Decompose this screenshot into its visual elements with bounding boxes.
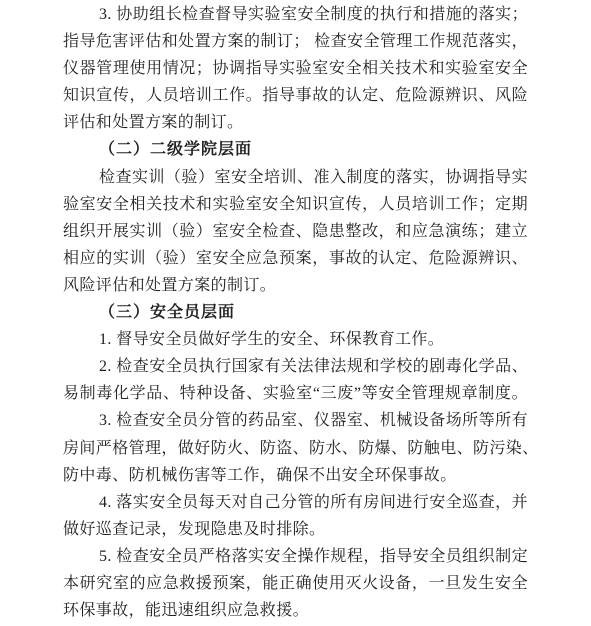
paragraph-line: 做好巡查记录，发现隐患及时排除。 xyxy=(63,516,528,543)
paragraph-line: 知识宣传，人员培训工作。指导事故的认定、危险源辨识、风险 xyxy=(63,82,528,109)
paragraph-line: 仪器管理使用情况；协调指导实验室安全相关技术和实验室安全 xyxy=(63,55,528,82)
paragraph-line: 本研究室的应急救援预案，能正确使用灭火设备，一旦发生安全 xyxy=(63,570,528,597)
paragraph-line: 组织开展实训（验）室安全检查、隐患整改，和应急演练；建立 xyxy=(63,218,528,245)
document-page: 3. 协助组长检查督导实验室安全制度的执行和措施的落实； 指导危害评估和处置方案… xyxy=(0,0,591,626)
paragraph-line: 相应的实训（验）室安全应急预案，事故的认定、危险源辨识、 xyxy=(63,245,528,272)
paragraph-line: 检查实训（验）室安全培训、准入制度的落实，协调指导实 xyxy=(63,164,528,191)
paragraph-line: 易制毒化学品、特种设备、实验室“三废”等安全管理规章制度。 xyxy=(63,380,528,407)
paragraph-line: 4. 落实安全员每天对自己分管的所有房间进行安全巡查，并 xyxy=(63,489,528,516)
section-heading: （二）二级学院层面 xyxy=(63,136,528,163)
paragraph-line: 5. 检查安全员严格落实安全操作规程，指导安全员组织制定 xyxy=(63,543,528,570)
paragraph-line: 环保事故，能迅速组织应急救援。 xyxy=(63,597,528,624)
paragraph-line: 防中毒、防机械伤害等工作，确保不出安全环保事故。 xyxy=(63,462,528,489)
paragraph-line: 指导危害评估和处置方案的制订； 检查安全管理工作规范落实， xyxy=(63,28,528,55)
paragraph-line: 验室安全相关技术和实验室安全知识宣传，人员培训工作；定期 xyxy=(63,191,528,218)
section-heading: （三）安全员层面 xyxy=(63,299,528,326)
text-body: 3. 协助组长检查督导实验室安全制度的执行和措施的落实； 指导危害评估和处置方案… xyxy=(63,1,528,624)
paragraph-line: 1. 督导安全员做好学生的安全、环保教育工作。 xyxy=(63,326,528,353)
paragraph-line: 风险评估和处置方案的制订。 xyxy=(63,272,528,299)
paragraph-line: 3. 检查安全员分管的药品室、仪器室、机械设备场所等所有 xyxy=(63,407,528,434)
paragraph-line: 评估和处置方案的制订。 xyxy=(63,109,528,136)
paragraph-line: 2. 检查安全员执行国家有关法律法规和学校的剧毒化学品、 xyxy=(63,353,528,380)
paragraph-line: 3. 协助组长检查督导实验室安全制度的执行和措施的落实； xyxy=(63,1,528,28)
paragraph-line: 房间严格管理，做好防火、防盗、防水、防爆、防触电、防污染、 xyxy=(63,435,528,462)
